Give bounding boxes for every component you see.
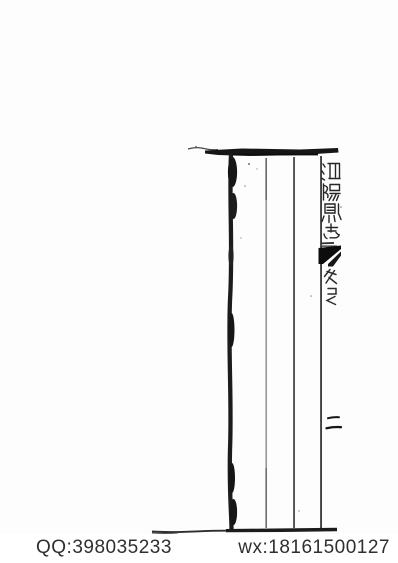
page-number-glyph-art bbox=[327, 417, 342, 428]
scanned-book-page: 泗陽縣志 卷之 二 QQ:398035233 wx:18161500127 bbox=[0, 0, 398, 563]
bottom-border bbox=[152, 528, 337, 534]
volume-glyph-art bbox=[325, 270, 337, 305]
column-rules bbox=[266, 156, 342, 528]
watermark-qq: QQ:398035233 bbox=[36, 537, 172, 559]
page-frame-art bbox=[0, 0, 398, 563]
left-border bbox=[228, 154, 258, 529]
watermark-bar: QQ:398035233 wx:18161500127 bbox=[0, 534, 398, 563]
spine-title-glyph-art bbox=[322, 164, 342, 239]
watermark-wx: wx:18161500127 bbox=[238, 537, 390, 559]
top-border bbox=[188, 146, 339, 156]
